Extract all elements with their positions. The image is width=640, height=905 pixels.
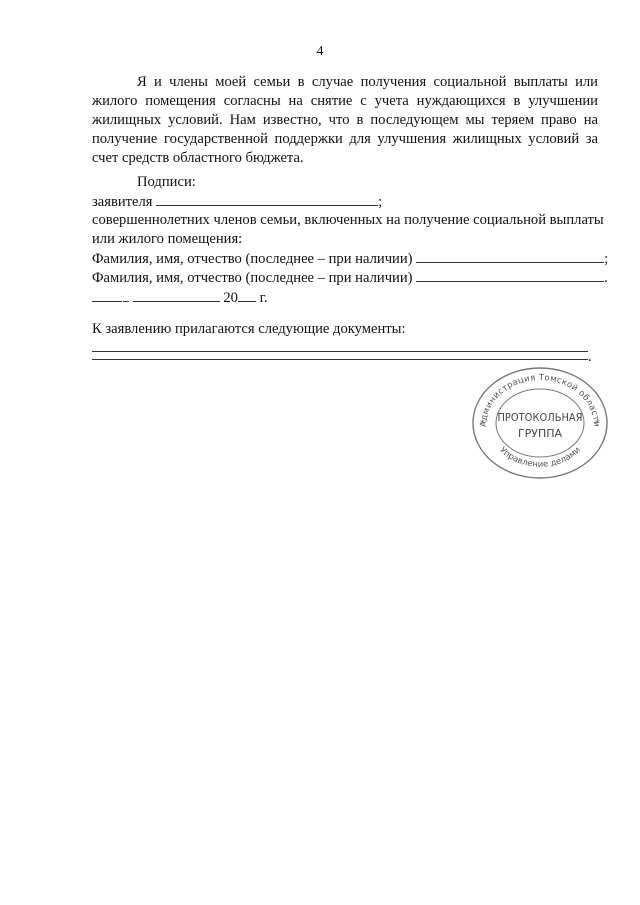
- member-signature-row: Фамилия, имя, отчество (последнее – при …: [92, 268, 608, 288]
- applicant-label: заявителя: [92, 194, 153, 210]
- member-name-label: Фамилия, имя, отчество (последнее – при …: [92, 270, 413, 286]
- svg-text:*: *: [595, 419, 600, 429]
- member-name-label: Фамилия, имя, отчество (последнее – при …: [92, 251, 413, 267]
- date-day-field-ext[interactable]: [123, 288, 129, 302]
- date-year-field[interactable]: [238, 288, 256, 302]
- date-day-field[interactable]: [92, 288, 122, 302]
- member-row-end: .: [604, 270, 608, 286]
- member-signature-row: Фамилия, имя, отчество (последнее – при …: [92, 249, 608, 269]
- year-suffix: г.: [260, 290, 268, 306]
- signatures-heading: Подписи:: [137, 173, 196, 192]
- svg-text:ПРОТОКОЛЬНАЯ: ПРОТОКОЛЬНАЯ: [497, 412, 582, 425]
- consent-paragraph: Я и члены моей семьи в случае получения …: [92, 73, 598, 168]
- member-signature-field-1[interactable]: [416, 249, 604, 263]
- year-prefix: 20: [223, 290, 238, 306]
- members-label-line2: или жилого помещения:: [92, 230, 242, 249]
- applicant-signature-field[interactable]: [156, 192, 378, 206]
- date-row: 20 г.: [92, 288, 268, 308]
- applicant-signature-row: заявителя ;: [92, 192, 382, 212]
- official-stamp: Администрация Томской области Управление…: [470, 366, 610, 480]
- date-month-field[interactable]: [133, 288, 220, 302]
- attachments-line-1[interactable]: [92, 351, 588, 352]
- member-signature-field-2[interactable]: [416, 268, 604, 282]
- applicant-row-end: ;: [378, 194, 382, 210]
- svg-text:ГРУППА: ГРУППА: [518, 427, 563, 440]
- members-label-line1: совершеннолетних членов семьи, включенны…: [92, 211, 598, 230]
- page-number: 4: [0, 44, 640, 60]
- svg-text:*: *: [480, 419, 485, 429]
- stamp-seal-icon: Администрация Томской области Управление…: [470, 366, 610, 480]
- attachments-line-2[interactable]: [92, 359, 588, 360]
- member-row-end: ;: [604, 251, 608, 267]
- attachments-label: К заявлению прилагаются следующие докуме…: [92, 320, 406, 339]
- attachments-end: .: [588, 348, 592, 367]
- svg-text:Управление делами: Управление делами: [497, 445, 582, 470]
